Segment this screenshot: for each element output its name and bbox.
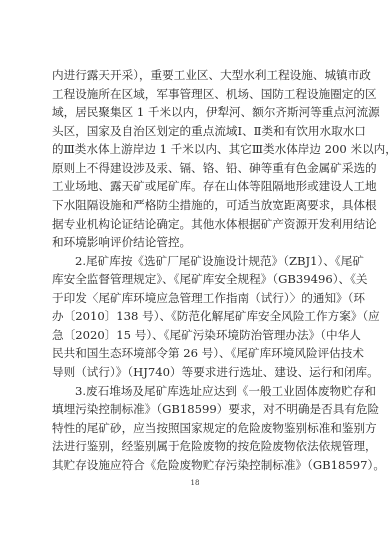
text-line: 原则上不得建设涉及汞、镉、铬、铅、砷等重有色金属矿采选的 — [52, 159, 342, 178]
text-line: 其贮存设施应符合《危险废物贮存污染控制标准》（GB18597）。 — [52, 456, 342, 475]
text-line: 头区，国家及自治区划定的重点流域Ⅰ、Ⅱ类和有饮用水取水口 — [52, 122, 342, 141]
body-text: 内进行露天开采），重要工业区、大型水利工程设施、城镇市政工程设施所在区域，军事管… — [52, 66, 342, 474]
text-line: 急〔2020〕15 号）、《尾矿污染环境防治管理办法》（中华人 — [52, 326, 342, 345]
text-line: 的Ⅲ类水体上游岸边 1 千米以内、其它Ⅲ类水体岸边 200 米以内， — [52, 140, 342, 159]
document-page: 内进行露天开采），重要工业区、大型水利工程设施、城镇市政工程设施所在区域，军事管… — [0, 0, 390, 551]
text-line: 特性的尾矿砂，应当按照国家规定的危险废物鉴别标准和鉴别方 — [52, 419, 342, 438]
text-line: 填埋污染控制标准》（GB18599）要求，对不明确是否具有危险 — [52, 400, 342, 419]
text-line: 内进行露天开采），重要工业区、大型水利工程设施、城镇市政 — [52, 66, 342, 85]
text-line: 法进行鉴别，经鉴别属于危险废物的按危险废物依法依规管理， — [52, 437, 342, 456]
text-line: 民共和国生态环境部令第 26 号）、《尾矿库环境风险评估技术 — [52, 344, 342, 363]
text-line: 办〔2010〕138 号）、《防范化解尾矿库安全风险工作方案》（应 — [52, 307, 342, 326]
text-line: 下水阻隔设施和严格防尘措施的，可适当放宽距离要求，具体根 — [52, 196, 342, 215]
text-line: 于印发〈尾矿库环境应急管理工作指南（试行）〉的通知》（环 — [52, 289, 342, 308]
text-line: 导则（试行）》（HJ740）等要求进行选址、建设、运行和闭库。 — [52, 363, 342, 382]
text-line: 3.废石堆场及尾矿库选址应达到《一般工业固体废物贮存和 — [52, 382, 342, 401]
text-line: 工业场地、露天矿或尾矿库。存在山体等阻隔地形或建设人工地 — [52, 177, 342, 196]
text-line: 库安全监督管理规定》、《尾矿库安全规程》（GB39496）、《关 — [52, 270, 342, 289]
text-line: 工程设施所在区域，军事管理区、机场、国防工程设施圈定的区 — [52, 85, 342, 104]
page-number: 18 — [0, 479, 390, 487]
text-line: 和环境影响评价结论管控。 — [52, 233, 342, 252]
text-line: 据专业机构论证结论确定。其他水体根据矿产资源开发利用结论 — [52, 215, 342, 234]
text-line: 2.尾矿库按《选矿厂尾矿设施设计规范》（ZBJ1）、《尾矿 — [52, 252, 342, 271]
text-line: 域，居民聚集区 1 千米以内，伊犁河、额尔齐斯河等重点河流源 — [52, 103, 342, 122]
